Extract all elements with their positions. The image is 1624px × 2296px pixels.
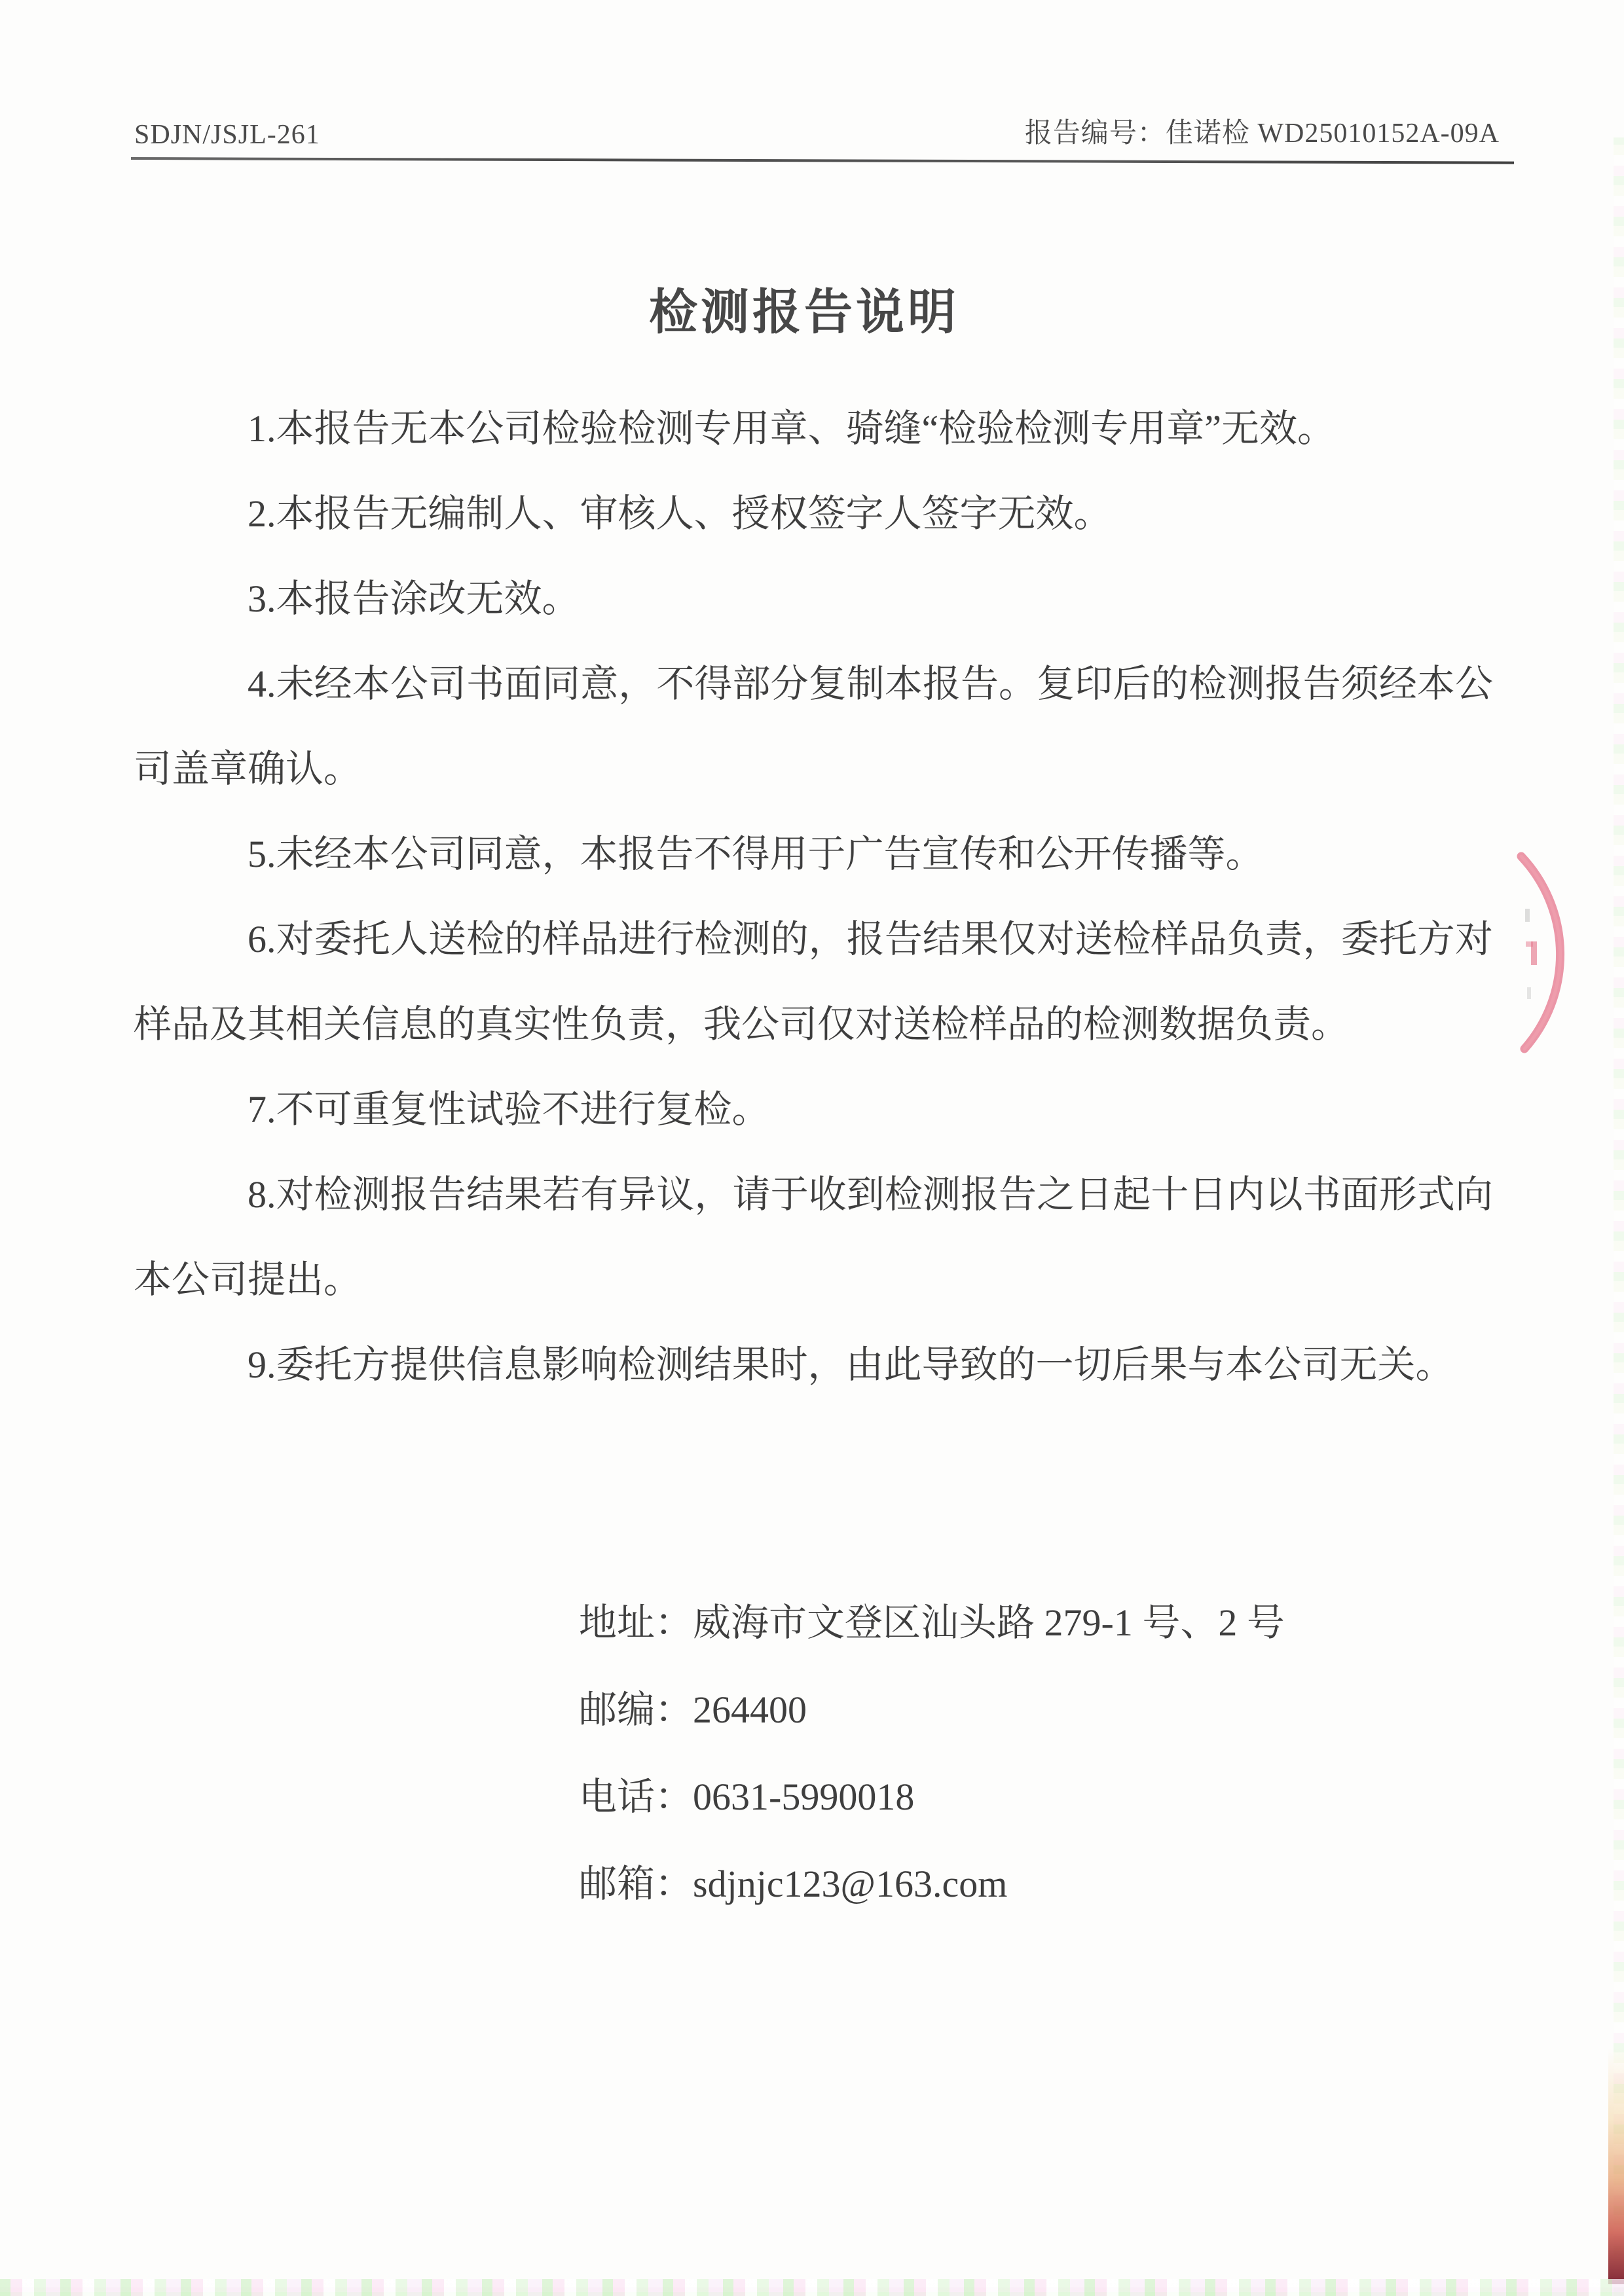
report-note-item: 1.本报告无本公司检验检测专用章、骑缝“检验检测专用章”无效。: [134, 386, 1493, 471]
scan-noise-bottom-edge: [0, 2279, 1624, 2296]
contact-line: 邮箱：sdjnjc123@163.com: [579, 1840, 1285, 1927]
scan-artifact-corner: [1608, 2049, 1624, 2284]
doc-code: SDJN/JSJL-261: [134, 119, 320, 151]
contact-value: sdjnjc123@163.com: [693, 1863, 1007, 1905]
contact-value: 264400: [693, 1688, 807, 1731]
contact-line: 地址：威海市文登区汕头路 279-1 号、2 号: [579, 1579, 1285, 1666]
header-rule: [131, 157, 1514, 164]
report-note-item: 5.未经本公司同意，本报告不得用于广告宣传和公开传播等。: [134, 812, 1493, 897]
contact-label: 邮箱：: [579, 1863, 693, 1905]
report-number: 报告编号：佳诺检 WD25010152A-09A: [1025, 111, 1500, 151]
contact-label: 邮编：: [579, 1688, 693, 1731]
contact-block: 地址：威海市文登区汕头路 279-1 号、2 号 邮编：264400 电话：06…: [579, 1579, 1285, 1927]
page-title: 检测报告说明: [0, 274, 1608, 343]
report-note-item: 4.未经本公司书面同意，不得部分复制本报告。复印后的检测报告须经本公司盖章确认。: [134, 642, 1493, 812]
contact-value: 0631-5990018: [693, 1776, 914, 1818]
contact-line: 电话：0631-5990018: [579, 1753, 1285, 1840]
report-note-item: 2.本报告无编制人、审核人、授权签字人签字无效。: [134, 471, 1493, 556]
report-note-item: 8.对检测报告结果若有异议，请于收到检测报告之日起十日内以书面形式向本公司提出。: [134, 1152, 1493, 1322]
contact-line: 邮编：264400: [579, 1666, 1285, 1753]
report-note-item: 9.委托方提供信息影响检测结果时，由此导致的一切后果与本公司无关。: [134, 1322, 1493, 1408]
report-note-item: 3.本报告涂改无效。: [134, 556, 1493, 642]
contact-value: 威海市文登区汕头路 279-1 号、2 号: [693, 1601, 1285, 1644]
report-notes-list: 1.本报告无本公司检验检测专用章、骑缝“检验检测专用章”无效。 2.本报告无编制…: [134, 386, 1493, 1408]
contact-label: 电话：: [579, 1776, 693, 1818]
contact-label: 地址：: [579, 1601, 693, 1644]
scan-noise-right-edge: [1614, 137, 1624, 2296]
report-note-item: 6.对委托人送检的样品进行检测的，报告结果仅对送检样品负责，委托方对样品及其相关…: [134, 897, 1493, 1067]
report-note-item: 7.不可重复性试验不进行复检。: [134, 1067, 1493, 1152]
page-header: SDJN/JSJL-261 报告编号：佳诺检 WD25010152A-09A: [134, 111, 1500, 151]
